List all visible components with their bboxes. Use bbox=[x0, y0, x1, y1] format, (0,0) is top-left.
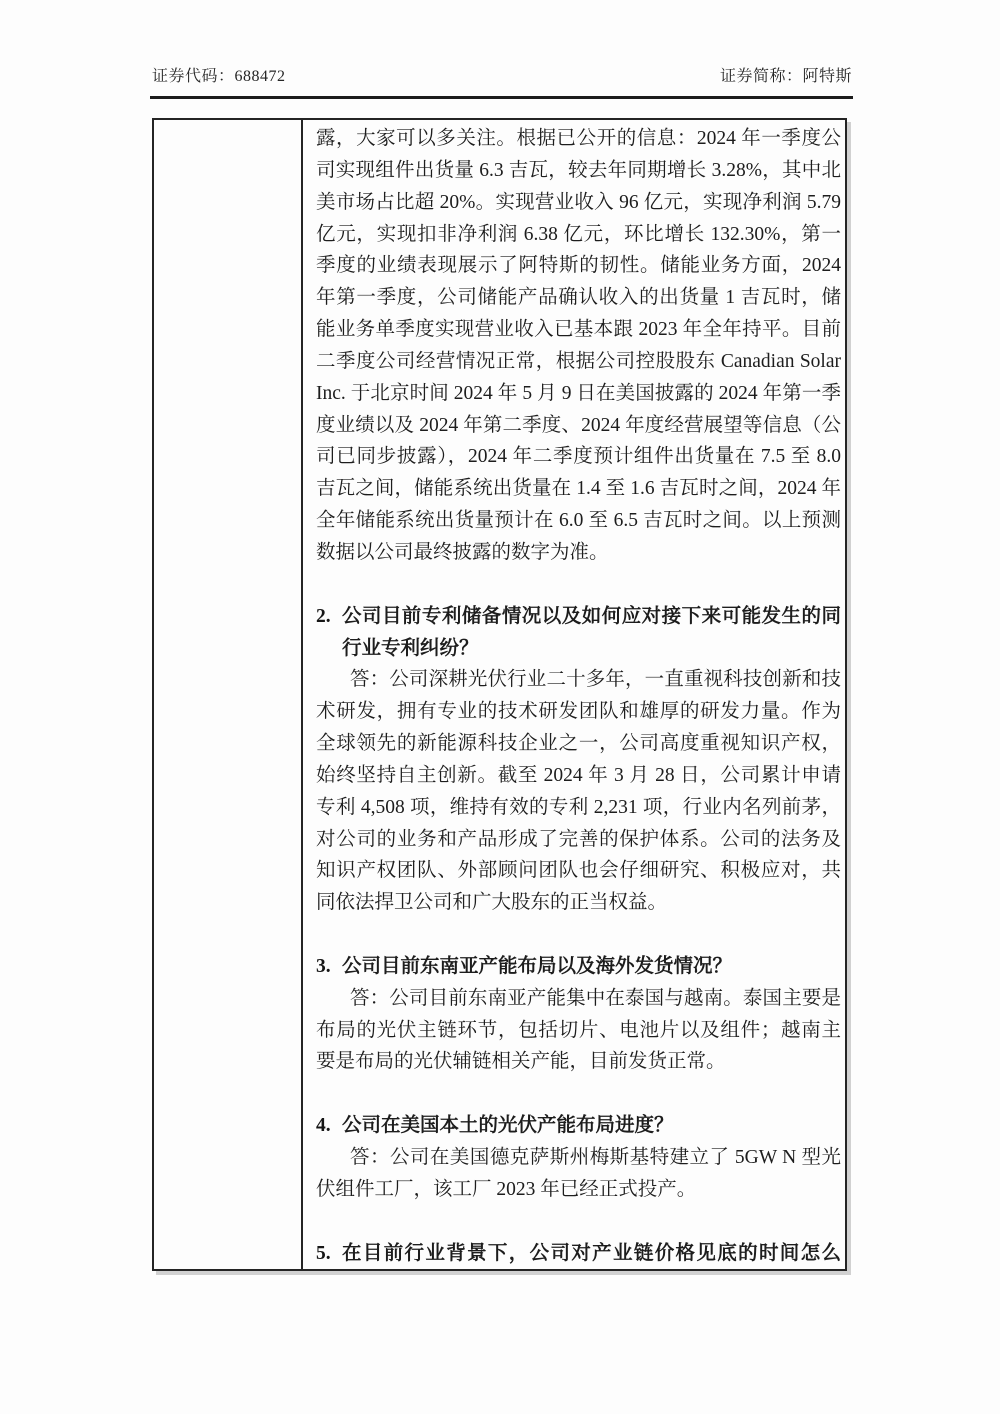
question-heading: 4. 公司在美国本土的光伏产能布局进度？ bbox=[316, 1110, 841, 1142]
document-header: 证券代码：688472 证券简称：阿特斯 bbox=[152, 66, 852, 88]
question-number: 5. bbox=[316, 1238, 342, 1269]
question-number: 4. bbox=[316, 1110, 342, 1142]
question-heading: 2. 公司目前专利储备情况以及如何应对接下来可能发生的同行业专利纠纷？ bbox=[316, 601, 841, 665]
table-content-cell: 露，大家可以多关注。根据已公开的信息：2024 年一季度公司实现组件出货量 6.… bbox=[303, 120, 845, 1269]
qa-table: 露，大家可以多关注。根据已公开的信息：2024 年一季度公司实现组件出货量 6.… bbox=[152, 118, 847, 1271]
qa-block-2: 2. 公司目前专利储备情况以及如何应对接下来可能发生的同行业专利纠纷？ 答：公司… bbox=[316, 601, 841, 919]
header-divider-rule bbox=[150, 96, 853, 99]
stock-code-value: 688472 bbox=[235, 68, 286, 85]
document-page: 证券代码：688472 证券简称：阿特斯 露，大家可以多关注。根据已公开的信息：… bbox=[0, 0, 1000, 1414]
question-text: 公司在美国本土的光伏产能布局进度？ bbox=[342, 1110, 841, 1142]
question-number: 3. bbox=[316, 951, 342, 983]
question-text: 公司目前专利储备情况以及如何应对接下来可能发生的同行业专利纠纷？ bbox=[342, 601, 841, 665]
stock-code: 证券代码：688472 bbox=[152, 66, 286, 88]
stock-name-value: 阿特斯 bbox=[802, 68, 852, 85]
qa-block-4: 4. 公司在美国本土的光伏产能布局进度？ 答：公司在美国德克萨斯州梅斯基特建立了… bbox=[316, 1110, 841, 1206]
answer-paragraph: 答：公司深耕光伏行业二十多年，一直重视科技创新和技术研发，拥有专业的技术研发团队… bbox=[316, 664, 841, 919]
stock-name-label: 证券简称： bbox=[720, 68, 803, 85]
qa-block-5: 5. 在目前行业背景下，公司对产业链价格见底的时间怎么看？ 答：行业目前主要是供… bbox=[316, 1238, 841, 1269]
table-left-empty-cell bbox=[154, 120, 303, 1269]
question-text: 公司目前东南亚产能布局以及海外发货情况？ bbox=[342, 951, 841, 983]
stock-code-label: 证券代码： bbox=[152, 68, 235, 85]
stock-name: 证券简称：阿特斯 bbox=[720, 66, 852, 88]
question-heading: 3. 公司目前东南亚产能布局以及海外发货情况？ bbox=[316, 951, 841, 983]
intro-paragraph: 露，大家可以多关注。根据已公开的信息：2024 年一季度公司实现组件出货量 6.… bbox=[316, 123, 841, 569]
answer-paragraph: 答：公司目前东南亚产能集中在泰国与越南。泰国主要是布局的光伏主链环节，包括切片、… bbox=[316, 983, 841, 1079]
question-text: 在目前行业背景下，公司对产业链价格见底的时间怎么看？ bbox=[342, 1238, 841, 1269]
question-heading: 5. 在目前行业背景下，公司对产业链价格见底的时间怎么看？ bbox=[316, 1238, 841, 1269]
question-number: 2. bbox=[316, 601, 342, 665]
answer-paragraph: 答：公司在美国德克萨斯州梅斯基特建立了 5GW N 型光伏组件工厂，该工厂 20… bbox=[316, 1142, 841, 1206]
qa-block-3: 3. 公司目前东南亚产能布局以及海外发货情况？ 答：公司目前东南亚产能集中在泰国… bbox=[316, 951, 841, 1078]
